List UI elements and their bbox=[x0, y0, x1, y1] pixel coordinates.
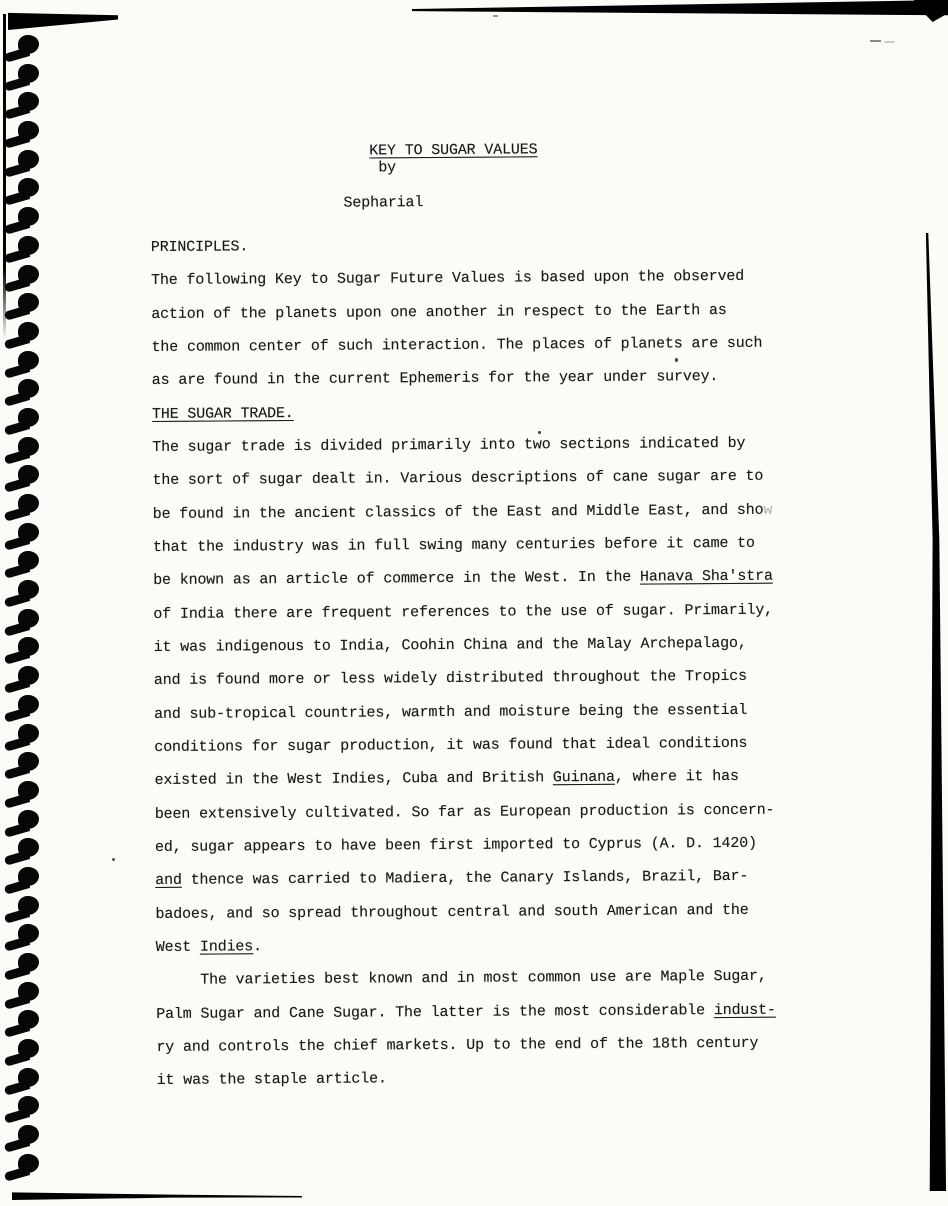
text-line: West Indies. bbox=[156, 934, 836, 972]
binding-ring bbox=[4, 465, 44, 491]
text-line: PRINCIPLES. bbox=[151, 234, 831, 272]
binding-rings bbox=[4, 35, 44, 1180]
binding-ring bbox=[4, 982, 44, 1008]
text-line: and is found more or less widely distrib… bbox=[154, 668, 834, 706]
text-line: conditions for sugar production, it was … bbox=[154, 734, 834, 772]
document-body: PRINCIPLES.The following Key to Sugar Fu… bbox=[151, 234, 837, 1106]
text-line: it was indigenous to India, Coohin China… bbox=[154, 634, 834, 672]
text-line: The sugar trade is divided primarily int… bbox=[152, 434, 832, 472]
text-segment: PRINCIPLES. bbox=[151, 238, 248, 256]
text-segment: and bbox=[155, 872, 182, 889]
text-segment: Indies bbox=[200, 938, 253, 955]
text-line: that the industry was in full swing many… bbox=[153, 534, 833, 572]
binding-ring bbox=[4, 207, 44, 233]
doc-author: Sepharial bbox=[343, 191, 830, 229]
text-segment: , where it has bbox=[615, 768, 739, 786]
binding-ring bbox=[4, 408, 44, 434]
binding-ring bbox=[4, 1096, 44, 1122]
binding-ring bbox=[4, 92, 44, 118]
binding-ring bbox=[4, 293, 44, 319]
text-segment: that the industry was in full swing many… bbox=[153, 535, 755, 556]
text-segment: The sugar trade is divided primarily int… bbox=[152, 435, 745, 456]
text-segment: it was indigenous to India, Coohin China… bbox=[154, 635, 747, 656]
text-line: The following Key to Sugar Future Values… bbox=[151, 267, 831, 305]
binding-ring bbox=[4, 379, 44, 405]
text-line: action of the planets upon one another i… bbox=[151, 301, 831, 339]
scan-mark-bottom-left bbox=[12, 1191, 302, 1200]
text-segment: West bbox=[156, 939, 200, 956]
text-line: the sort of sugar dealt in. Various desc… bbox=[152, 468, 832, 506]
text-segment: indust- bbox=[714, 1001, 776, 1018]
doc-byline: by bbox=[378, 157, 830, 194]
text-line: it was the staple article. bbox=[157, 1068, 837, 1106]
text-line: as are found in the current Ephemeris fo… bbox=[152, 368, 832, 406]
text-segment: THE SUGAR TRADE. bbox=[152, 405, 294, 423]
text-segment: w bbox=[763, 501, 772, 518]
binding-ring bbox=[4, 150, 44, 176]
text-segment: Guinana bbox=[553, 769, 615, 786]
binding-ring bbox=[4, 1039, 44, 1065]
binding-ring bbox=[4, 1154, 44, 1180]
binding-ring bbox=[4, 752, 44, 778]
binding-ring bbox=[4, 121, 44, 147]
text-segment: of India there are frequent references t… bbox=[153, 601, 773, 622]
text-segment: existed in the West Indies, Cuba and Bri… bbox=[155, 770, 553, 790]
binding-ring bbox=[4, 1010, 44, 1036]
text-line: been extensively cultivated. So far as E… bbox=[155, 801, 835, 839]
text-line: of India there are frequent references t… bbox=[153, 601, 833, 639]
text-line: the common center of such interaction. T… bbox=[151, 334, 831, 372]
text-line: existed in the West Indies, Cuba and Bri… bbox=[155, 768, 835, 806]
text-segment: Hanava Sha'stra bbox=[640, 568, 773, 586]
binding-ring bbox=[4, 1125, 44, 1151]
text-segment: and sub-tropical countries, warmth and m… bbox=[154, 702, 747, 723]
text-segment: been extensively cultivated. So far as E… bbox=[155, 801, 775, 822]
text-segment: The following Key to Sugar Future Values… bbox=[151, 268, 744, 289]
text-segment: and is found more or less widely distrib… bbox=[154, 668, 747, 689]
text-segment: be known as an article of commerce in th… bbox=[153, 569, 640, 589]
scan-mark-right-edge bbox=[923, 233, 947, 1191]
scan-speck bbox=[493, 15, 498, 17]
binding-ring bbox=[4, 924, 44, 950]
text-segment: badoes, and so spread throughout central… bbox=[155, 902, 748, 923]
text-segment: . bbox=[253, 938, 262, 955]
text-segment: the sort of sugar dealt in. Various desc… bbox=[152, 468, 763, 489]
binding-ring bbox=[4, 867, 44, 893]
binding-ring bbox=[4, 953, 44, 979]
binding-ring bbox=[4, 551, 44, 577]
text-line: Palm Sugar and Cane Sugar. The latter is… bbox=[156, 1001, 836, 1039]
binding-ring bbox=[4, 236, 44, 262]
binding-ring bbox=[4, 666, 44, 692]
text-line: and thence was carried to Madiera, the C… bbox=[155, 868, 835, 906]
text-segment: as are found in the current Ephemeris fo… bbox=[152, 368, 719, 389]
text-segment: it was the staple article. bbox=[157, 1071, 387, 1090]
text-line: be found in the ancient classics of the … bbox=[153, 501, 833, 539]
scan-speck bbox=[112, 858, 115, 861]
text-line: and sub-tropical countries, warmth and m… bbox=[154, 701, 834, 739]
text-line: THE SUGAR TRADE. bbox=[152, 401, 832, 439]
binding-ring bbox=[4, 178, 44, 204]
text-segment: ed, sugar appears to have been first imp… bbox=[155, 835, 757, 856]
scan-mark-top-left bbox=[8, 12, 118, 30]
text-line: be known as an article of commerce in th… bbox=[153, 568, 833, 606]
binding-ring bbox=[4, 810, 44, 836]
doc-title-text: KEY TO SUGAR VALUES bbox=[369, 141, 537, 159]
text-segment: action of the planets upon one another i… bbox=[151, 302, 726, 323]
text-segment: conditions for sugar production, it was … bbox=[154, 735, 747, 756]
binding-ring bbox=[4, 896, 44, 922]
binding-ring bbox=[4, 695, 44, 721]
text-segment: the common center of such interaction. T… bbox=[151, 335, 762, 356]
binding-ring bbox=[4, 580, 44, 606]
text-line: ry and controls the chief markets. Up to… bbox=[156, 1034, 836, 1072]
binding-ring bbox=[4, 437, 44, 463]
binding-ring bbox=[4, 1068, 44, 1094]
binding-ring bbox=[4, 609, 44, 635]
binding-ring bbox=[4, 724, 44, 750]
binding-ring bbox=[4, 781, 44, 807]
binding-ring bbox=[4, 35, 44, 61]
typed-text-area: KEY TO SUGAR VALUES by Sepharial PRINCIP… bbox=[150, 122, 837, 1106]
text-segment: The varieties best known and in most com… bbox=[156, 968, 767, 989]
scan-mark-dash bbox=[870, 40, 881, 42]
scanned-page: KEY TO SUGAR VALUES by Sepharial PRINCIP… bbox=[0, 0, 948, 1206]
text-line: badoes, and so spread throughout central… bbox=[155, 901, 835, 939]
text-segment: be found in the ancient classics of the … bbox=[153, 501, 764, 522]
text-segment: ry and controls the chief markets. Up to… bbox=[156, 1035, 758, 1056]
binding-ring bbox=[4, 523, 44, 549]
binding-ring bbox=[4, 64, 44, 90]
text-line: The varieties best known and in most com… bbox=[156, 968, 836, 1006]
doc-title: KEY TO SUGAR VALUES bbox=[316, 122, 830, 160]
binding-ring bbox=[4, 322, 44, 348]
binding-ring bbox=[4, 838, 44, 864]
text-line: ed, sugar appears to have been first imp… bbox=[155, 834, 835, 872]
binding-ring bbox=[4, 351, 44, 377]
text-segment: Palm Sugar and Cane Sugar. The latter is… bbox=[156, 1002, 714, 1023]
binding-ring bbox=[4, 637, 44, 663]
binding-ring bbox=[4, 494, 44, 520]
binding-ring bbox=[4, 265, 44, 291]
text-segment: thence was carried to Madiera, the Canar… bbox=[182, 868, 749, 889]
